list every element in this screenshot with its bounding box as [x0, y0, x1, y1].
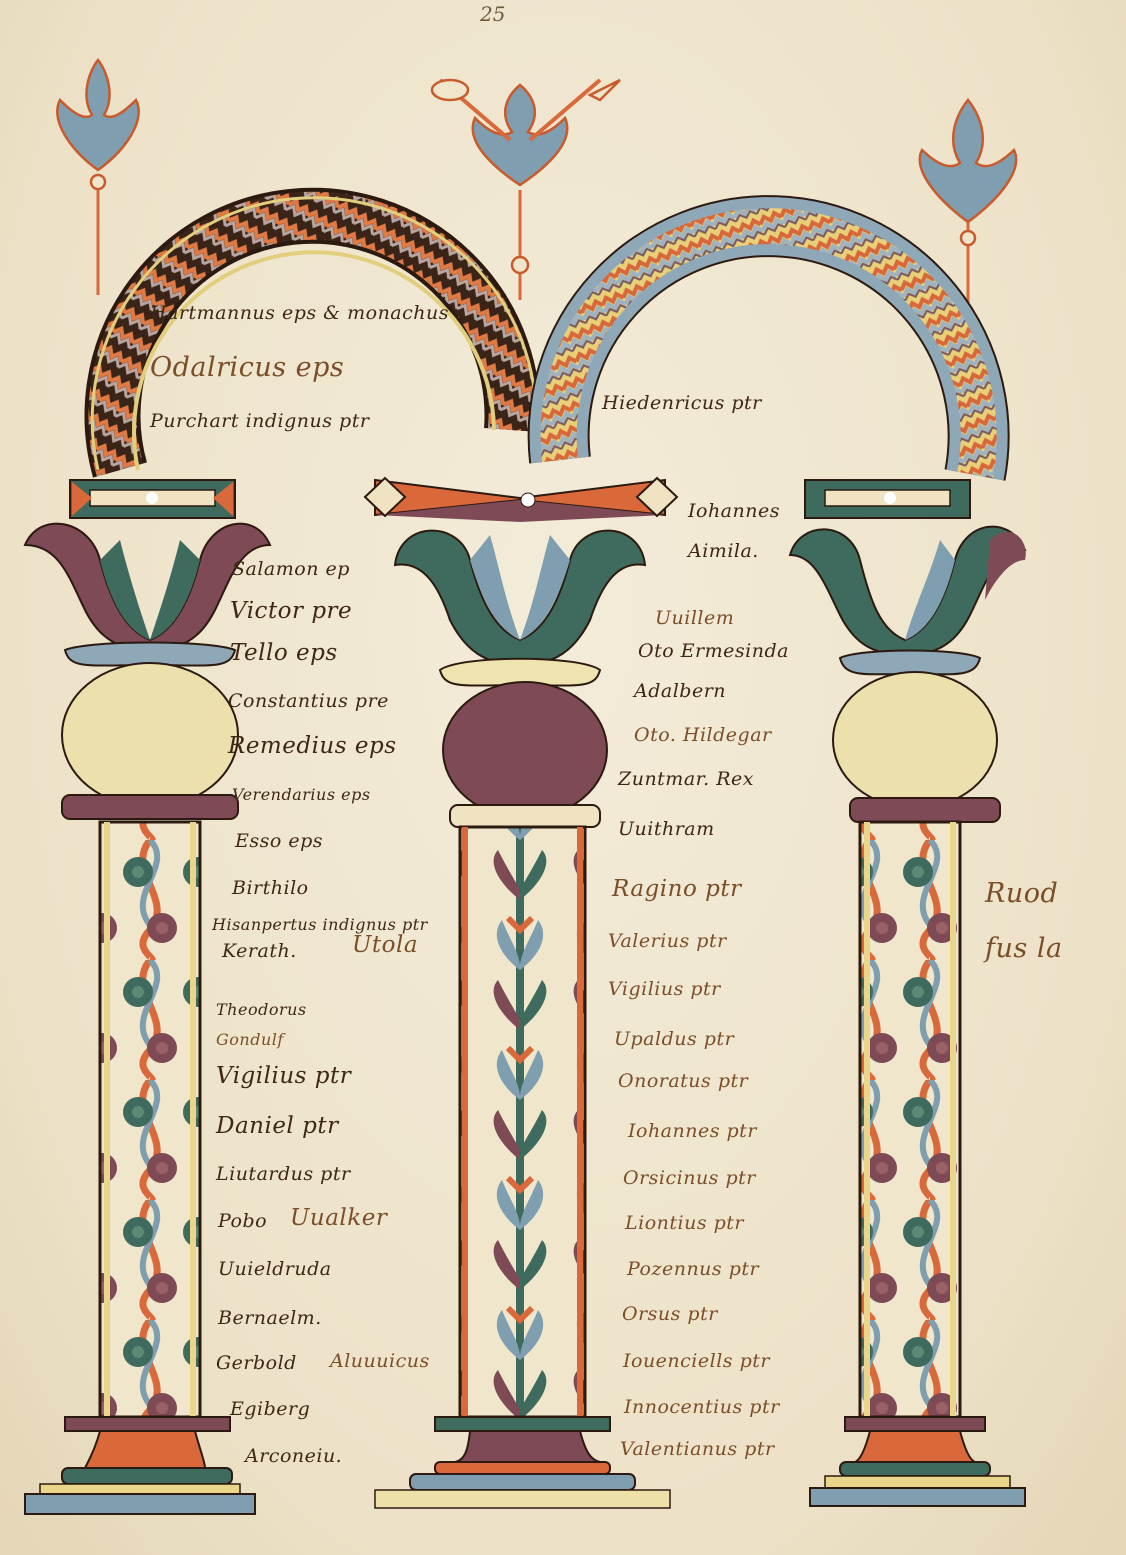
right-list-entry: Valentianus ptr: [620, 1438, 775, 1460]
right-list-entry: Orsus ptr: [622, 1303, 718, 1325]
margin-note: Ruod: [985, 878, 1058, 909]
arch-left-name: Odalricus eps: [150, 352, 344, 383]
left-list-entry: Daniel ptr: [216, 1113, 339, 1139]
right-list-entry: Aimila.: [688, 540, 759, 562]
left-list-entry: Liutardus ptr: [216, 1163, 351, 1185]
shaft-left: [100, 822, 200, 1417]
left-list-entry: Gondulf: [216, 1030, 284, 1049]
manuscript-page: 25 Hartmannus eps & monachus Odalricus e…: [0, 0, 1126, 1555]
left-list-entry: Vigilius ptr: [216, 1063, 351, 1089]
right-list-entry: Innocentius ptr: [624, 1396, 780, 1418]
left-list-entry: Esso eps: [235, 830, 323, 852]
right-list-entry: Zuntmar. Rex: [618, 768, 754, 790]
right-list-entry: Uuillem: [655, 607, 734, 629]
folio-number: 25: [480, 2, 505, 26]
fleur-finial-left: [57, 60, 138, 295]
right-list-entry: Upaldus ptr: [614, 1028, 734, 1050]
right-list-entry: Oto Ermesinda: [638, 640, 789, 662]
margin-note: fus la: [985, 933, 1063, 964]
right-list-entry: Onoratus ptr: [618, 1070, 748, 1092]
left-list-entry: Constantius pre: [228, 690, 389, 712]
base-right: [810, 1417, 1025, 1506]
right-list-entry: Iouenciells ptr: [623, 1350, 770, 1372]
shaft-right: [860, 822, 960, 1417]
right-list-entry: Liontius ptr: [625, 1212, 744, 1234]
right-list-entry: Valerius ptr: [608, 930, 727, 952]
left-list-addition: Aluuuicus: [330, 1350, 430, 1372]
base-center: [375, 1417, 670, 1508]
left-list-entry: Uuieldruda: [218, 1258, 332, 1280]
left-list-entry: Victor pre: [230, 598, 352, 624]
right-list-entry: Pozennus ptr: [627, 1258, 759, 1280]
right-list-entry: Vigilius ptr: [608, 978, 721, 1000]
abacus-center: [365, 478, 677, 522]
right-list-entry: Iohannes ptr: [628, 1120, 757, 1142]
left-list-entry: Pobo: [218, 1210, 267, 1232]
left-list-entry: Egiberg: [230, 1398, 310, 1420]
arcade-illumination: [0, 0, 1126, 1555]
arch-left-name: Hartmannus eps & monachus: [150, 302, 449, 324]
abacus-right: [805, 480, 970, 518]
left-list-entry: Bernaelm.: [218, 1307, 322, 1329]
left-list-entry: Tello eps: [230, 640, 338, 666]
left-list-addition: Uualker: [290, 1205, 387, 1231]
right-list-entry: Orsicinus ptr: [623, 1167, 756, 1189]
capital-right: [790, 527, 1026, 822]
shaft-center: [460, 827, 585, 1417]
left-list-entry: Verendarius eps: [232, 785, 371, 804]
arch-left-name: Purchart indignus ptr: [150, 410, 369, 432]
left-list-entry: Theodorus: [216, 1000, 307, 1019]
left-list-entry: Remedius eps: [228, 733, 397, 759]
right-list-entry: Adalbern: [634, 680, 726, 702]
left-list-addition: Utola: [352, 932, 418, 958]
left-list-entry: Arconeiu.: [245, 1445, 342, 1467]
right-list-entry: Ragino ptr: [612, 876, 742, 902]
abacus-left: [70, 480, 235, 518]
capital-center: [395, 531, 645, 827]
left-list-entry: Gerbold: [216, 1352, 297, 1374]
arch-right: [559, 226, 979, 475]
right-list-entry: Iohannes: [688, 500, 780, 522]
right-list-entry: Oto. Hildegar: [634, 724, 772, 746]
base-left: [25, 1417, 255, 1514]
arch-right-name: Hiedenricus ptr: [602, 392, 762, 414]
left-list-entry: Birthilo: [232, 877, 309, 899]
right-list-entry: Uuithram: [618, 818, 715, 840]
left-list-entry: Salamon ep: [232, 558, 350, 580]
left-list-entry: Kerath.: [222, 940, 297, 962]
